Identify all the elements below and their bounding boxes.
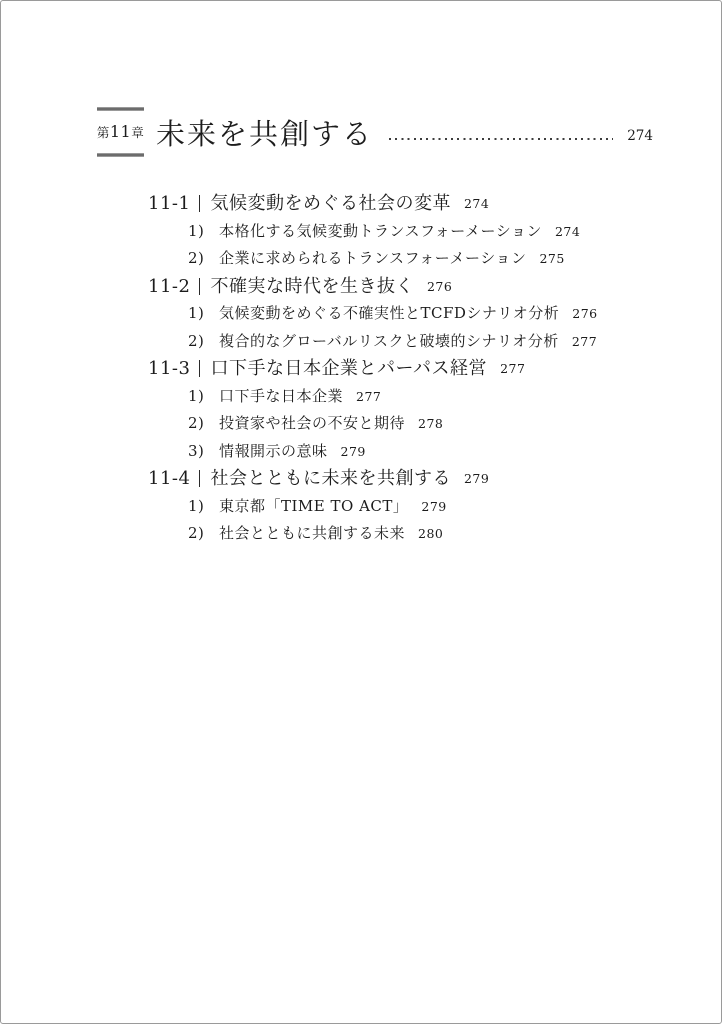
subitem-page-number: 279 <box>341 438 366 466</box>
toc-section-header: 11-2 不確実な時代を生き抜く 276 <box>148 273 666 301</box>
subitem-page-number: 274 <box>555 218 580 246</box>
toc-subitem: 3) 情報開示の意味 279 <box>188 438 666 466</box>
chapter-title: 未来を共創する <box>156 112 373 153</box>
toc-section-header: 11-4 社会とともに未来を共創する 279 <box>148 465 666 493</box>
book-toc-page: 第11章 未来を共創する 274 11-1 気候変動をめぐる社会の変革 274 … <box>0 0 722 1024</box>
section-title: 社会とともに未来を共創する <box>210 465 451 493</box>
toc-subitem: 2) 社会とともに共創する未来 280 <box>188 520 666 548</box>
chapter-page-number: 274 <box>627 120 653 144</box>
toc-list: 11-1 気候変動をめぐる社会の変革 274 1) 本格化する気候変動トランスフ… <box>148 190 666 548</box>
toc-subitem: 1) 東京都「TIME TO ACT」 279 <box>188 493 666 521</box>
subitem-number: 3) <box>188 438 219 466</box>
subitem-number: 1) <box>188 493 219 521</box>
subitem-title: 本格化する気候変動トランスフォーメーション <box>219 218 542 246</box>
chapter-label: 第11章 <box>97 111 144 153</box>
section-title: 口下手な日本企業とパーパス経営 <box>210 355 487 383</box>
section-divider <box>199 470 200 487</box>
subitem-number: 1) <box>188 300 219 328</box>
section-page-number: 279 <box>464 465 489 493</box>
chapter-heading: 第11章 未来を共創する 274 <box>97 107 653 157</box>
subitem-page-number: 277 <box>572 328 597 356</box>
toc-subitem: 2) 企業に求められるトランスフォーメーション 275 <box>188 245 666 273</box>
section-number: 11-2 <box>148 273 190 301</box>
toc-section-header: 11-3 口下手な日本企業とパーパス経営 277 <box>148 355 666 383</box>
subitem-page-number: 275 <box>539 245 564 273</box>
subitem-page-number: 280 <box>418 520 443 548</box>
subitem-title: 口下手な日本企業 <box>219 383 343 411</box>
subitem-title: 社会とともに共創する未来 <box>219 520 405 548</box>
section-divider <box>199 195 200 212</box>
chapter-label-suffix: 章 <box>131 125 144 140</box>
subitem-title: 気候変動をめぐる不確実性とTCFDシナリオ分析 <box>219 300 559 328</box>
chapter-number-marker: 第11章 <box>97 107 144 157</box>
subitem-title: 投資家や社会の不安と期待 <box>219 410 405 438</box>
subitem-number: 2) <box>188 410 219 438</box>
section-divider <box>199 278 200 295</box>
subitem-title: 情報開示の意味 <box>219 438 328 466</box>
toc-section-header: 11-1 気候変動をめぐる社会の変革 274 <box>148 190 666 218</box>
subitem-number: 2) <box>188 520 219 548</box>
toc-subitem: 2) 投資家や社会の不安と期待 278 <box>188 410 666 438</box>
toc-subitem: 1) 口下手な日本企業 277 <box>188 383 666 411</box>
chapter-label-number: 11 <box>110 122 131 141</box>
toc-subitem: 1) 気候変動をめぐる不確実性とTCFDシナリオ分析 276 <box>188 300 666 328</box>
subitem-page-number: 279 <box>421 493 446 521</box>
section-page-number: 274 <box>464 190 489 218</box>
section-title: 不確実な時代を生き抜く <box>210 273 414 301</box>
subitem-number: 2) <box>188 245 219 273</box>
section-number: 11-4 <box>148 465 190 493</box>
section-page-number: 277 <box>500 355 525 383</box>
section-title: 気候変動をめぐる社会の変革 <box>210 190 451 218</box>
section-page-number: 276 <box>427 273 452 301</box>
section-number: 11-1 <box>148 190 190 218</box>
subitem-number: 1) <box>188 218 219 246</box>
marker-bottom-rule <box>97 153 144 157</box>
dotted-leader <box>389 138 613 140</box>
toc-subitem: 2) 複合的なグローバルリスクと破壊的シナリオ分析 277 <box>188 328 666 356</box>
subitem-page-number: 276 <box>572 300 597 328</box>
toc-subitem: 1) 本格化する気候変動トランスフォーメーション 274 <box>188 218 666 246</box>
section-number: 11-3 <box>148 355 190 383</box>
subitem-number: 1) <box>188 383 219 411</box>
section-divider <box>199 360 200 377</box>
subitem-title: 複合的なグローバルリスクと破壊的シナリオ分析 <box>219 328 559 356</box>
subitem-title: 企業に求められるトランスフォーメーション <box>219 245 526 273</box>
subitem-page-number: 277 <box>356 383 381 411</box>
chapter-label-prefix: 第 <box>97 125 110 140</box>
subitem-number: 2) <box>188 328 219 356</box>
subitem-title: 東京都「TIME TO ACT」 <box>219 493 408 521</box>
subitem-page-number: 278 <box>418 410 443 438</box>
